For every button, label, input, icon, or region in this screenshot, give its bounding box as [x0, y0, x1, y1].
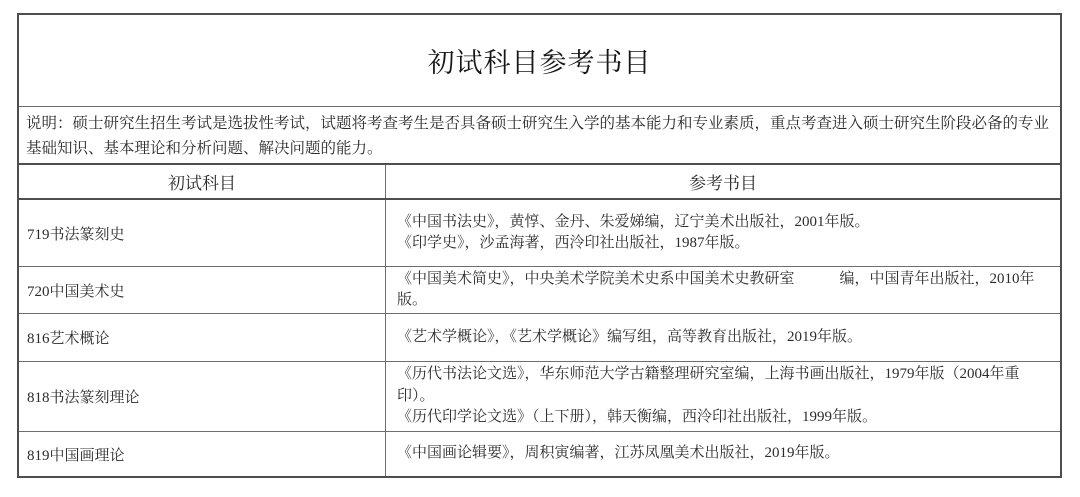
- subject-cell: 720中国美术史: [19, 267, 385, 313]
- reference-cell: 《中国美术简史》，中央美术学院美术史系中国美术史教研室 编，中国青年出版社，20…: [385, 267, 1060, 313]
- header-subject: 初试科目: [19, 165, 385, 198]
- book-line: 《印学史》，沙孟海著，西泠印社出版社，1987年版。: [397, 233, 1052, 255]
- book-line: 《历代印学论文选》（上下册），韩天衡编，西泠印社出版社，1999年版。: [397, 407, 1052, 429]
- table-row: 818书法篆刻理论 《历代书法论文选》，华东师范大学古籍整理研究室编，上海书画出…: [19, 361, 1060, 431]
- subject-cell: 816艺术概论: [19, 314, 385, 361]
- book-line: 《中国画论辑要》，周积寅编著，江苏凤凰美术出版社，2019年版。: [397, 443, 1052, 465]
- table-row: 819中国画理论 《中国画论辑要》，周积寅编著，江苏凤凰美术出版社，2019年版…: [19, 431, 1060, 476]
- book-line: 《艺术学概论》，《艺术学概论》编写组，高等教育出版社，2019年版。: [397, 327, 1052, 349]
- subject-cell: 819中国画理论: [19, 432, 385, 476]
- note-text: 说明：硕士研究生招生考试是选拔性考试，试题将考查考生是否具备硕士研究生入学的基本…: [26, 111, 1051, 161]
- reference-cell: 《中国书法史》，黄惇、金丹、朱爱娣编，辽宁美术出版社，2001年版。 《印学史》…: [385, 200, 1060, 266]
- table-header-row: 初试科目 参考书目: [19, 163, 1060, 200]
- table-row: 816艺术概论 《艺术学概论》，《艺术学概论》编写组，高等教育出版社，2019年…: [19, 313, 1060, 361]
- table-body: 719书法篆刻史 《中国书法史》，黄惇、金丹、朱爱娣编，辽宁美术出版社，2001…: [19, 200, 1060, 476]
- subject-cell: 719书法篆刻史: [19, 200, 385, 266]
- table-row: 720中国美术史 《中国美术简史》，中央美术学院美术史系中国美术史教研室 编，中…: [19, 266, 1060, 313]
- subject-cell: 818书法篆刻理论: [19, 362, 385, 431]
- book-line: 《历代书法论文选》，华东师范大学古籍整理研究室编，上海书画出版社，1979年版（…: [397, 364, 1052, 407]
- book-line: 《中国书法史》，黄惇、金丹、朱爱娣编，辽宁美术出版社，2001年版。: [397, 212, 1052, 234]
- header-references: 参考书目: [385, 165, 1060, 198]
- reference-cell: 《艺术学概论》，《艺术学概论》编写组，高等教育出版社，2019年版。: [385, 314, 1060, 361]
- reference-cell: 《中国画论辑要》，周积寅编著，江苏凤凰美术出版社，2019年版。: [385, 432, 1060, 476]
- note-section: 说明：硕士研究生招生考试是选拔性考试，试题将考查考生是否具备硕士研究生入学的基本…: [19, 106, 1060, 163]
- document-frame: 初试科目参考书目 说明：硕士研究生招生考试是选拔性考试，试题将考查考生是否具备硕…: [17, 13, 1062, 478]
- table-row: 719书法篆刻史 《中国书法史》，黄惇、金丹、朱爱娣编，辽宁美术出版社，2001…: [19, 200, 1060, 266]
- reference-cell: 《历代书法论文选》，华东师范大学古籍整理研究室编，上海书画出版社，1979年版（…: [385, 362, 1060, 431]
- book-line: 《中国美术简史》，中央美术学院美术史系中国美术史教研室 编，中国青年出版社，20…: [397, 269, 1052, 312]
- page-title: 初试科目参考书目: [19, 15, 1060, 106]
